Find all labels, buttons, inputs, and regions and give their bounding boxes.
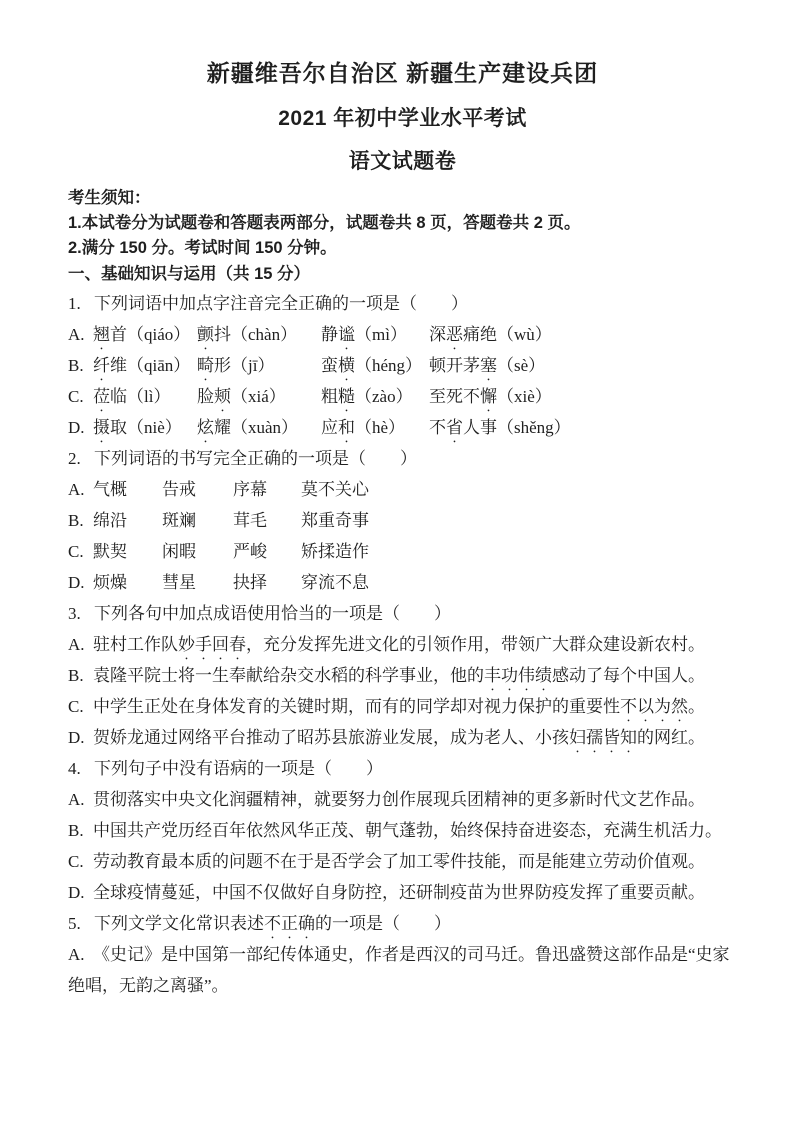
option-word: 应和（hè） xyxy=(321,412,429,443)
question-4-option-c: C.劳动教育最本质的问题不在于是否学会了加工零件技能，而是能建立劳动价值观。 xyxy=(68,846,737,877)
option-word: 彗星 xyxy=(162,567,233,598)
option-text: 驻村工作队妙手回春，充分发挥先进文化的引领作用，带领广大群众建设新农村。 xyxy=(93,635,705,654)
option-label: D. xyxy=(68,722,93,753)
question-3-stem-text: 下列各句中加点成语使用恰当的一项是（ ） xyxy=(94,604,451,623)
option-word: 颤抖（chàn） xyxy=(197,319,321,350)
question-5: 5.下列文学文化常识表述不正确的一项是（ ） A.《史记》是中国第一部纪传体通史… xyxy=(68,908,737,1001)
question-4-option-a: A.贯彻落实中央文化润疆精神，就要努力创作展现兵团精神的更多新时代文艺作品。 xyxy=(68,784,737,815)
option-text: 中国共产党历经百年依然风华正茂、朝气蓬勃，始终保持奋进姿态，充满生机活力。 xyxy=(93,821,722,840)
question-1: 1.下列词语中加点字注音完全正确的一项是（ ） A. 翘首（qiáo） 颤抖（c… xyxy=(68,288,737,443)
candidate-notice: 考生须知： 1.本试卷分为试题卷和答题表两部分，试题卷共 8 页，答题卷共 2 … xyxy=(68,186,737,261)
question-2-stem-text: 下列词语的书写完全正确的一项是（ ） xyxy=(94,449,417,468)
question-5-stem: 5.下列文学文化常识表述不正确的一项是（ ） xyxy=(68,908,737,939)
option-word: 闲暇 xyxy=(162,536,233,567)
option-word: 至死不懈（xiè） xyxy=(429,381,552,412)
option-label: C. xyxy=(68,381,93,412)
option-word: 序幕 xyxy=(233,474,301,505)
option-word: 默契 xyxy=(93,536,162,567)
question-5-option-a: A.《史记》是中国第一部纪传体通史，作者是西汉的司马迁。鲁迅盛赞这部作品是“史家… xyxy=(68,939,737,1001)
option-label: A. xyxy=(68,629,93,660)
question-2-option-b: B. 绵沿 斑斓 茸毛 郑重奇事 xyxy=(68,505,737,536)
option-word: 茸毛 xyxy=(233,505,301,536)
question-5-number: 5. xyxy=(68,908,88,939)
option-label: C. xyxy=(68,691,93,722)
option-word: 炫耀（xuàn） xyxy=(197,412,321,443)
question-1-stem-text: 下列词语中加点字注音完全正确的一项是（ ） xyxy=(94,294,468,313)
option-word: 翘首（qiáo） xyxy=(93,319,197,350)
notice-item-2: 2.满分 150 分。考试时间 150 分钟。 xyxy=(68,236,737,261)
option-word: 莅临（lì） xyxy=(93,381,197,412)
notice-item-1: 1.本试卷分为试题卷和答题表两部分，试题卷共 8 页，答题卷共 2 页。 xyxy=(68,211,737,236)
question-3-option-b: B.袁隆平院士将一生奉献给杂交水稻的科学事业，他的丰功伟绩感动了每个中国人。 xyxy=(68,660,737,691)
option-label: D. xyxy=(68,412,93,443)
option-label: B. xyxy=(68,350,93,381)
option-word: 抉择 xyxy=(233,567,301,598)
option-word: 莫不关心 xyxy=(301,474,369,505)
question-2-option-d: D. 烦燥 彗星 抉择 穿流不息 xyxy=(68,567,737,598)
question-4-number: 4. xyxy=(68,753,88,784)
section-heading-basics: 一、基础知识与运用（共 15 分） xyxy=(68,261,737,288)
option-word: 不省人事（shěng） xyxy=(429,412,571,443)
option-word: 严峻 xyxy=(233,536,301,567)
question-1-option-c: C. 莅临（lì） 脸颊（xiá） 粗糙（zào） 至死不懈（xiè） xyxy=(68,381,737,412)
question-4-option-d: D.全球疫情蔓延，中国不仅做好自身防控，还研制疫苗为世界防疫发挥了重要贡献。 xyxy=(68,877,737,908)
option-word: 绵沿 xyxy=(93,505,162,536)
option-word: 静谧（mì） xyxy=(321,319,429,350)
option-word: 矫揉造作 xyxy=(301,536,369,567)
question-2-option-c: C. 默契 闲暇 严峻 矫揉造作 xyxy=(68,536,737,567)
question-2-option-a: A. 气概 告戒 序幕 莫不关心 xyxy=(68,474,737,505)
question-2-number: 2. xyxy=(68,443,88,474)
option-word: 斑斓 xyxy=(162,505,233,536)
question-5-stem-text: 下列文学文化常识表述不正确的一项是（ ） xyxy=(94,914,451,933)
paper-title-region: 新疆维吾尔自治区 新疆生产建设兵团 xyxy=(68,58,737,88)
option-text: 袁隆平院士将一生奉献给杂交水稻的科学事业，他的丰功伟绩感动了每个中国人。 xyxy=(93,666,705,685)
question-1-option-b: B. 纤维（qiān） 畸形（jī） 蛮横（héng） 顿开茅塞（sè） xyxy=(68,350,737,381)
option-label: A. xyxy=(68,474,93,505)
question-4-stem: 4.下列句子中没有语病的一项是（ ） xyxy=(68,753,737,784)
option-label: C. xyxy=(68,846,93,877)
notice-heading: 考生须知： xyxy=(68,186,737,211)
option-word: 告戒 xyxy=(162,474,233,505)
question-3-option-c: C.中学生正处在身体发育的关键时期，而有的同学却对视力保护的重要性不以为然。 xyxy=(68,691,737,722)
option-word: 粗糙（zào） xyxy=(321,381,429,412)
option-label: A. xyxy=(68,319,93,350)
question-1-number: 1. xyxy=(68,288,88,319)
question-4-option-b: B.中国共产党历经百年依然风华正茂、朝气蓬勃，始终保持奋进姿态，充满生机活力。 xyxy=(68,815,737,846)
exam-paper-page: 新疆维吾尔自治区 新疆生产建设兵团 2021 年初中学业水平考试 语文试题卷 考… xyxy=(0,0,793,1122)
option-label: A. xyxy=(68,939,93,970)
question-4-stem-text: 下列句子中没有语病的一项是（ ） xyxy=(94,759,383,778)
question-1-stem: 1.下列词语中加点字注音完全正确的一项是（ ） xyxy=(68,288,737,319)
option-label: B. xyxy=(68,660,93,691)
option-word: 气概 xyxy=(93,474,162,505)
option-text: 全球疫情蔓延，中国不仅做好自身防控，还研制疫苗为世界防疫发挥了重要贡献。 xyxy=(93,883,705,902)
option-word: 摄取（niè） xyxy=(93,412,197,443)
option-word: 穿流不息 xyxy=(301,567,369,598)
question-1-option-d: D. 摄取（niè） 炫耀（xuàn） 应和（hè） 不省人事（shěng） xyxy=(68,412,737,443)
question-2-stem: 2.下列词语的书写完全正确的一项是（ ） xyxy=(68,443,737,474)
option-text: 贯彻落实中央文化润疆精神，就要努力创作展现兵团精神的更多新时代文艺作品。 xyxy=(93,790,705,809)
option-word: 畸形（jī） xyxy=(197,350,321,381)
option-text: 《史记》是中国第一部纪传体通史，作者是西汉的司马迁。鲁迅盛赞这部作品是“史家绝唱… xyxy=(68,945,730,995)
question-3: 3.下列各句中加点成语使用恰当的一项是（ ） A.驻村工作队妙手回春，充分发挥先… xyxy=(68,598,737,753)
option-label: D. xyxy=(68,877,93,908)
question-2: 2.下列词语的书写完全正确的一项是（ ） A. 气概 告戒 序幕 莫不关心 B.… xyxy=(68,443,737,598)
question-3-stem: 3.下列各句中加点成语使用恰当的一项是（ ） xyxy=(68,598,737,629)
option-word: 顿开茅塞（sè） xyxy=(429,350,545,381)
option-label: B. xyxy=(68,505,93,536)
option-text: 中学生正处在身体发育的关键时期，而有的同学却对视力保护的重要性不以为然。 xyxy=(93,697,705,716)
option-word: 脸颊（xiá） xyxy=(197,381,321,412)
option-word: 郑重奇事 xyxy=(301,505,369,536)
option-text: 贺娇龙通过网络平台推动了昭苏县旅游业发展，成为老人、小孩妇孺皆知的网红。 xyxy=(93,728,705,747)
question-1-option-a: A. 翘首（qiáo） 颤抖（chàn） 静谧（mì） 深恶痛绝（wù） xyxy=(68,319,737,350)
question-3-option-a: A.驻村工作队妙手回春，充分发挥先进文化的引领作用，带领广大群众建设新农村。 xyxy=(68,629,737,660)
option-word: 蛮横（héng） xyxy=(321,350,429,381)
question-3-number: 3. xyxy=(68,598,88,629)
option-word: 纤维（qiān） xyxy=(93,350,197,381)
option-word: 烦燥 xyxy=(93,567,162,598)
option-label: A. xyxy=(68,784,93,815)
option-label: B. xyxy=(68,815,93,846)
option-label: D. xyxy=(68,567,93,598)
option-label: C. xyxy=(68,536,93,567)
paper-title-subject: 语文试题卷 xyxy=(68,148,737,176)
question-4: 4.下列句子中没有语病的一项是（ ） A.贯彻落实中央文化润疆精神，就要努力创作… xyxy=(68,753,737,908)
paper-title-exam: 2021 年初中学业水平考试 xyxy=(68,105,737,133)
question-3-option-d: D.贺娇龙通过网络平台推动了昭苏县旅游业发展，成为老人、小孩妇孺皆知的网红。 xyxy=(68,722,737,753)
option-word: 深恶痛绝（wù） xyxy=(429,319,552,350)
option-text: 劳动教育最本质的问题不在于是否学会了加工零件技能，而是能建立劳动价值观。 xyxy=(93,852,705,871)
